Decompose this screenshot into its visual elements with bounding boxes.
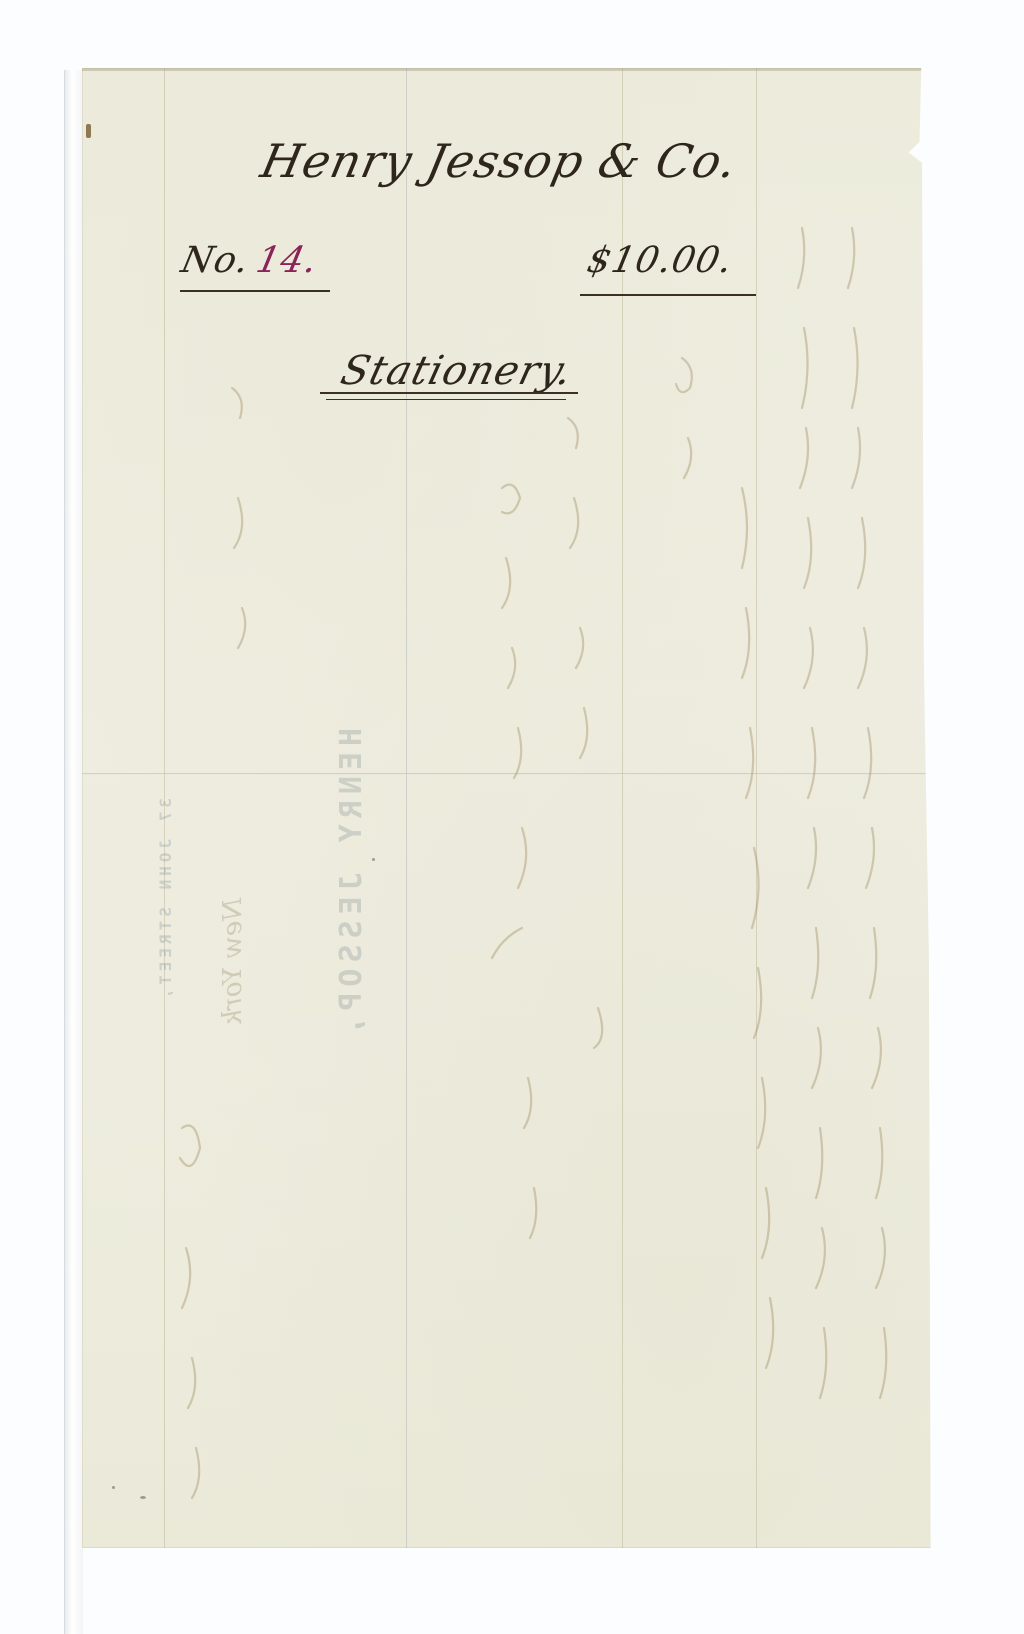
dust-speck (140, 1496, 146, 1499)
scanned-document: Henry Jessop & Co. No.14. $10.00. Statio… (0, 0, 1024, 1634)
scanner-board-edge (64, 70, 83, 1634)
paper-sheet: Henry Jessop & Co. No.14. $10.00. Statio… (82, 68, 934, 1548)
bleed-through-handwriting (82, 68, 934, 1548)
dust-speck (112, 1486, 115, 1489)
dust-speck (372, 858, 375, 861)
